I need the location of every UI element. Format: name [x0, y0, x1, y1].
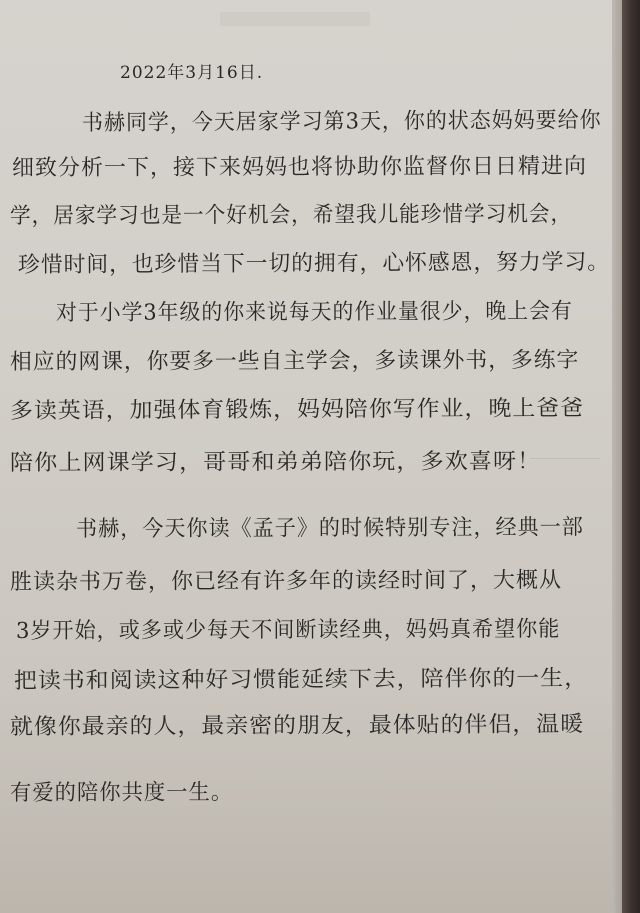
letter-line: 陪你上网课学习，哥哥和弟弟陪你玩，多欢喜呀！ [10, 444, 541, 477]
letter-line: 把读书和阅读这种好习惯能延续下去，陪伴你的一生， [14, 661, 588, 695]
letter-line: 相应的网课，你要多一些自主学会，多读课外书，多练字 [10, 343, 579, 376]
letter-line: 书赫同学，今天居家学习第3天，你的状态妈妈要给你 [82, 103, 602, 137]
letter-line: 学，居家学习也是一个好机会，希望我儿能珍惜学习机会， [10, 197, 572, 230]
letter-line: 对于小学3年级的你来说每天的作业量很少，晚上会有 [56, 294, 573, 327]
letter-line: 多读英语，加强体育锻炼，妈妈陪你写作业，晚上爸爸 [10, 391, 584, 425]
letter-line: 有爱的陪你共度一生。 [10, 775, 233, 807]
letter-line: 细致分析一下，接下来妈妈也将协助你监督你日日精进向 [12, 149, 587, 182]
letter-line: 书赫，今天你读《孟子》的时候特别专注，经典一部 [76, 510, 584, 543]
letter-line: 珍惜时间，也珍惜当下一切的拥有，心怀感恩，努力学习。 [18, 245, 610, 279]
faint-page-header [220, 12, 370, 26]
letter-line: 3岁开始，或多或少每天不间断读经典，妈妈真希望你能 [16, 612, 560, 645]
letter-line: 胜读杂书万卷，你已经有许多年的读经时间了，大概从 [10, 563, 562, 596]
letter-date: 2022年3月16日. [120, 58, 263, 83]
page-edge [612, 0, 622, 913]
notebook-binding [622, 0, 640, 913]
letter-line: 就像你最亲的人，最亲密的朋友，最体贴的伴侣，温暖 [10, 707, 584, 741]
